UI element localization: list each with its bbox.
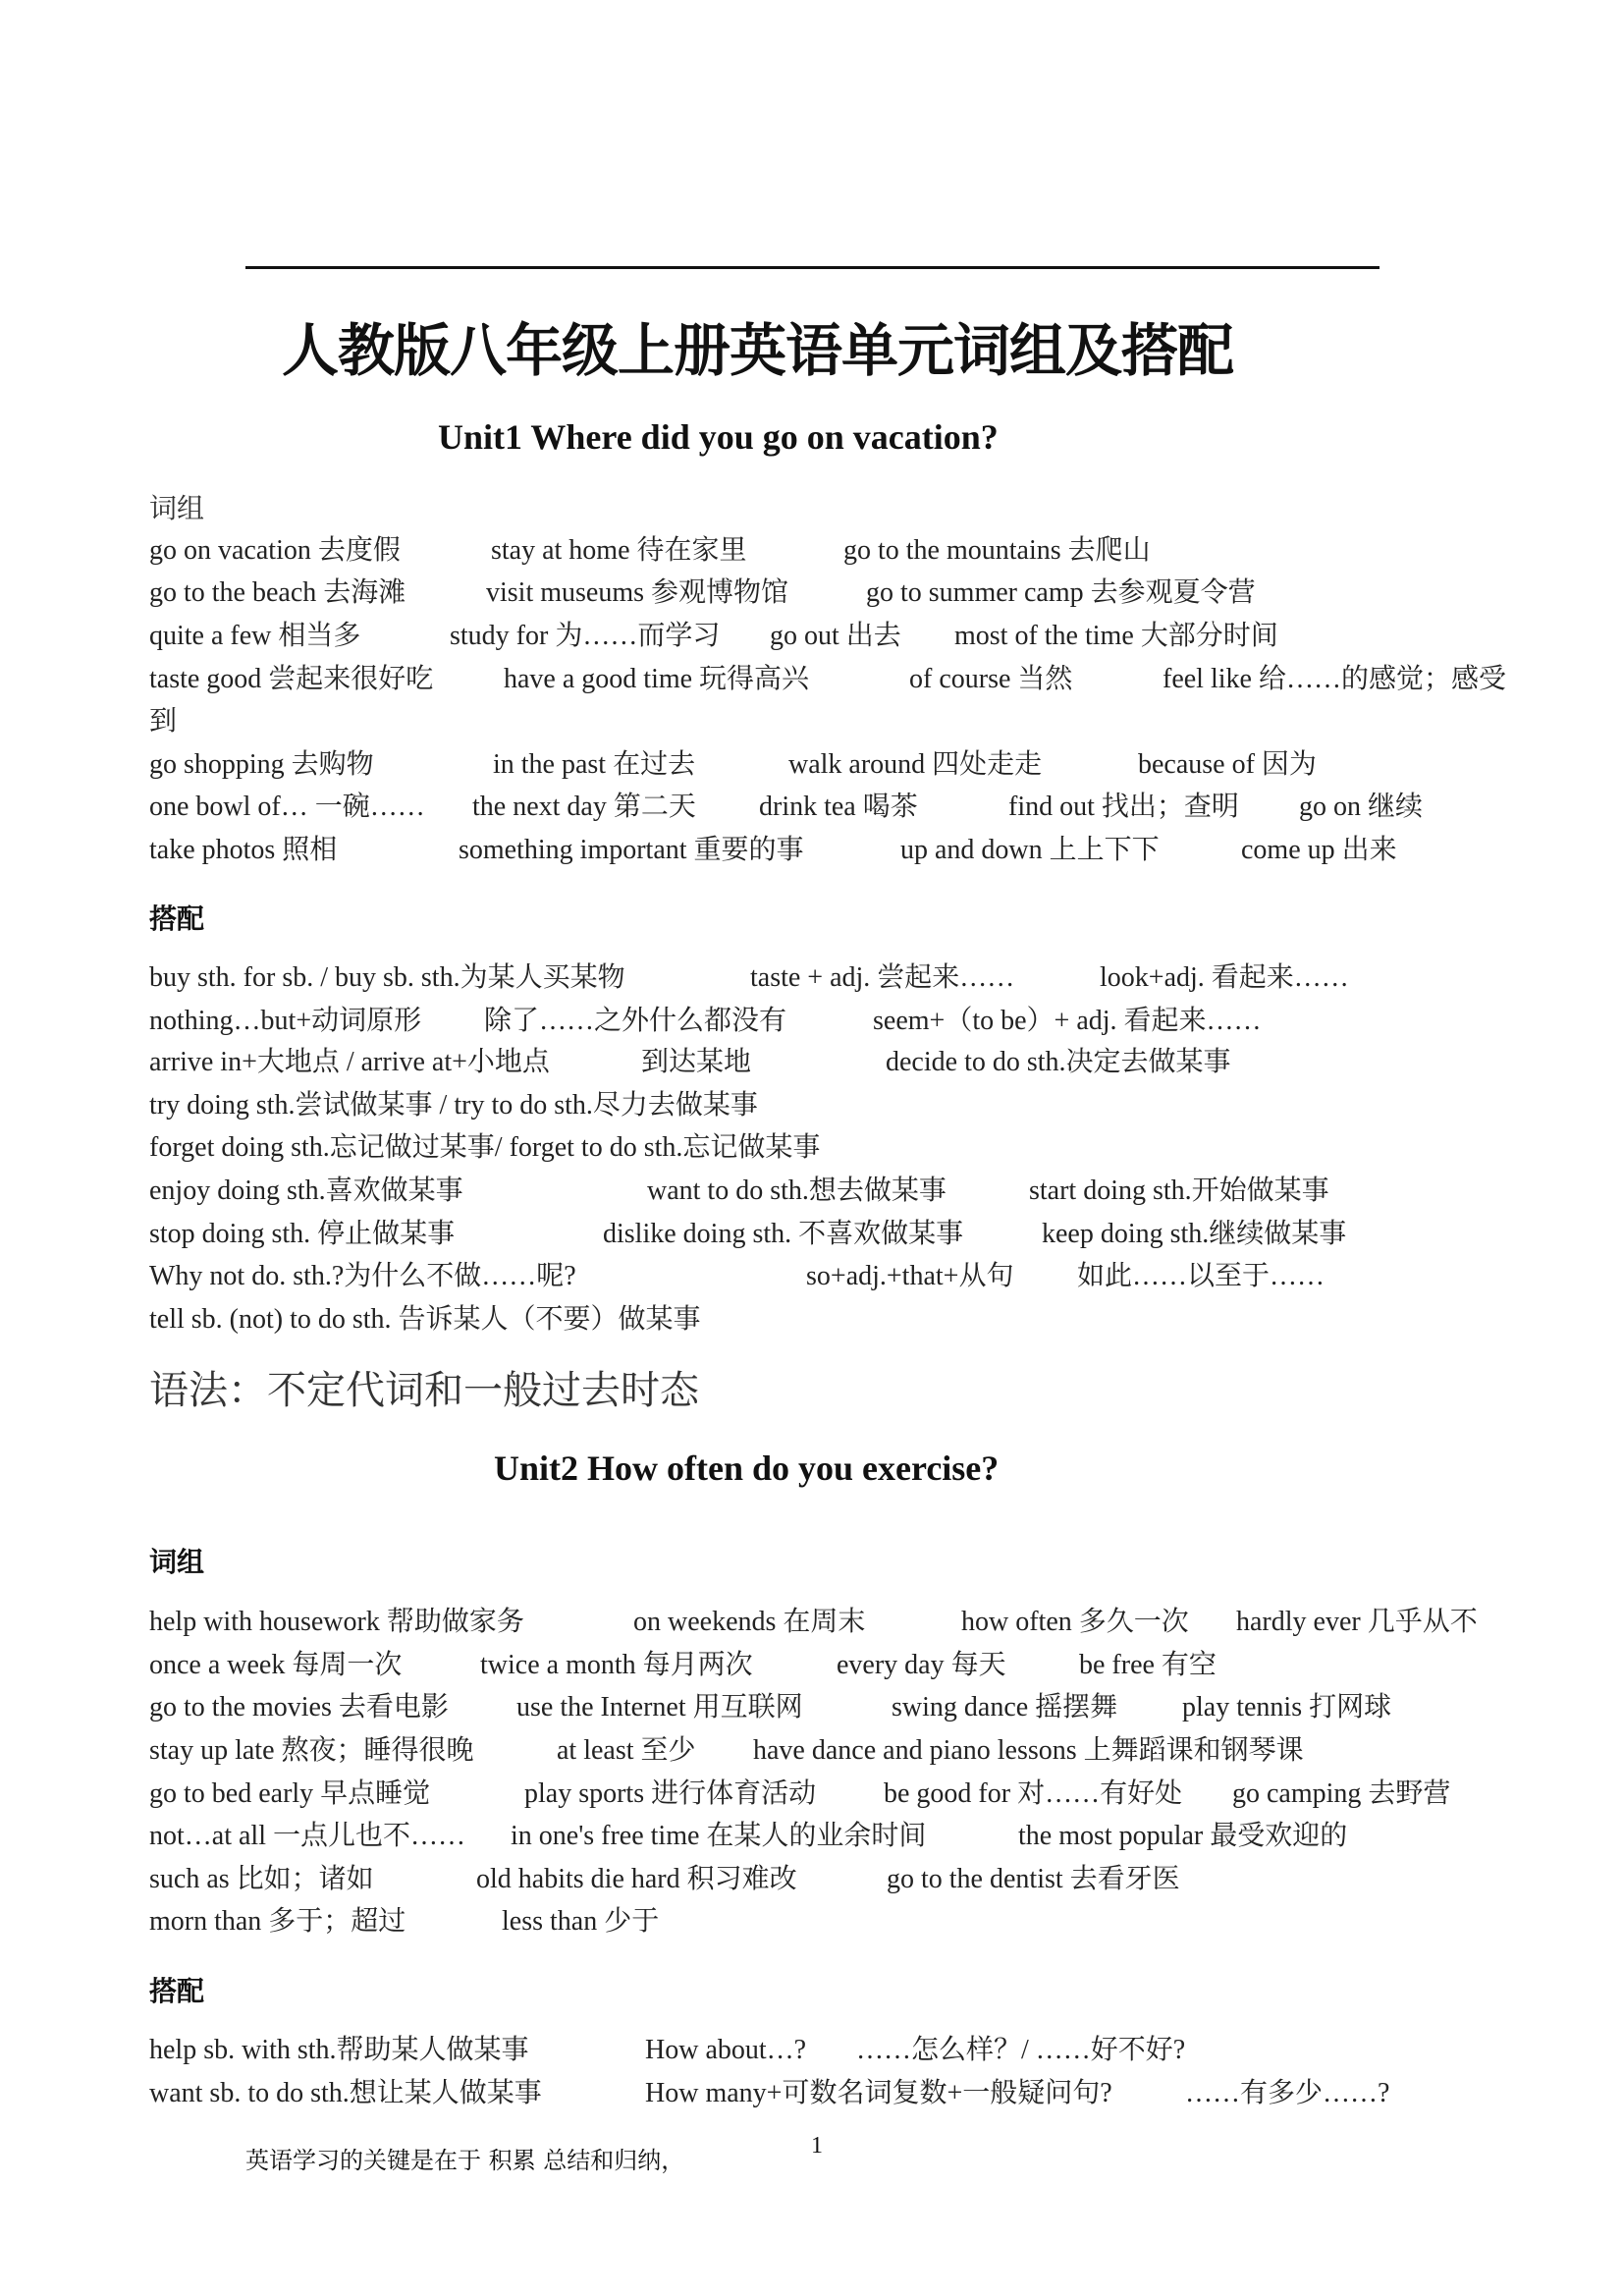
phrase-item: find out 找出；查明 [1008,788,1239,827]
unit1-phrase-row: quite a few 相当多 study for 为……而学习 go out … [0,617,1623,656]
unit1-phrase-row: taste good 尝起来很好吃 have a good time 玩得高兴 … [0,660,1623,699]
phrase-item: on weekends 在周末 [633,1603,865,1642]
unit2-phrase-row: stay up late 熬夜；睡得很晚 at least 至少 have da… [0,1731,1623,1771]
phrase-item: twice a month 每月两次 [480,1646,753,1685]
phrase-item: morn than 多于；超过 [149,1902,406,1941]
phrase-item: such as 比如；诸如 [149,1860,374,1899]
collocation-item: keep doing sth.继续做某事 [1042,1215,1346,1254]
phrase-item: help with housework 帮助做家务 [149,1603,524,1642]
phrase-item: walk around 四处走走 [788,745,1042,785]
phrase-item: once a week 每周一次 [149,1646,402,1685]
collocation-item: want to do sth.想去做某事 [647,1172,947,1211]
phrase-item: go to the dentist 去看牙医 [887,1860,1180,1899]
unit1-collocation-row: tell sb. (not) to do sth. 告诉某人（不要）做某事 [0,1300,1623,1339]
collocation-item: decide to do sth.决定去做某事 [886,1043,1231,1082]
phrase-item: in the past 在过去 [493,745,695,785]
phrase-item: study for 为……而学习 [450,617,720,656]
unit2-collocation-row: want sb. to do sth.想让某人做某事 How many+可数名词… [0,2074,1623,2113]
unit2-phrase-row: go to bed early 早点睡觉 play sports 进行体育活动 … [0,1775,1623,1814]
unit2-phrase-row: not…at all 一点儿也不…… in one's free time 在某… [0,1817,1623,1856]
collocation-item: forget doing sth.忘记做过某事/ forget to do st… [149,1128,820,1168]
phrase-item: go to summer camp 去参观夏令营 [866,574,1256,613]
phrase-item: go camping 去野营 [1232,1775,1450,1814]
unit2-phrase-row: help with housework 帮助做家务 on weekends 在周… [0,1603,1623,1642]
collocation-item: stop doing sth. 停止做某事 [149,1215,455,1254]
collocation-item: Why not do. sth.?为什么不做……呢? [149,1257,576,1296]
phrase-item: not…at all 一点儿也不…… [149,1817,465,1856]
collocation-item: 如此……以至于…… [1077,1257,1325,1296]
collocation-item: How many+可数名词复数+一般疑问句? [645,2074,1112,2113]
phrase-item: come up 出来 [1241,831,1397,870]
collocation-item: ……有多少……? [1185,2074,1389,2113]
collocation-item: buy sth. for sb. / buy sb. sth.为某人买某物 [149,958,625,998]
phrase-item: have dance and piano lessons 上舞蹈课和钢琴课 [753,1731,1304,1771]
page-number: 1 [811,2133,823,2159]
collocation-item: dislike doing sth. 不喜欢做某事 [603,1215,963,1254]
phrase-item: visit museums 参观博物馆 [486,574,788,613]
phrase-item: 到 [149,702,177,741]
collocation-item: taste + adj. 尝起来…… [750,958,1014,998]
phrase-item: less than 少于 [502,1902,659,1941]
phrase-item: every day 每天 [837,1646,1006,1685]
unit1-collocation-row: stop doing sth. 停止做某事 dislike doing sth.… [0,1215,1623,1254]
phrase-item: swing dance 摇摆舞 [892,1688,1117,1727]
collocation-item: start doing sth.开始做某事 [1029,1172,1329,1211]
unit2-phrase-row: morn than 多于；超过 less than 少于 [0,1902,1623,1941]
unit1-phrase-row: one bowl of… 一碗…… the next day 第二天 drink… [0,788,1623,827]
unit2-collocations-label: 搭配 [149,1970,204,2009]
unit1-collocation-row: nothing…but+动词原形 除了……之外什么都没有 seem+（to be… [0,1002,1623,1041]
unit1-heading: Unit1 Where did you go on vacation? [438,416,999,458]
phrase-item: quite a few 相当多 [149,617,360,656]
phrase-item: go to the movies 去看电影 [149,1688,449,1727]
phrase-item: at least 至少 [557,1731,696,1771]
collocation-item: seem+（to be）+ adj. 看起来…… [873,1002,1262,1041]
phrase-item: play tennis 打网球 [1182,1688,1391,1727]
collocation-item: ……怎么样？/ ……好不好? [856,2031,1185,2070]
unit2-heading: Unit2 How often do you exercise? [494,1448,999,1489]
unit1-collocation-row: try doing sth.尝试做某事 / try to do sth.尽力去做… [0,1086,1623,1125]
phrase-item: old habits die hard 积习难改 [476,1860,797,1899]
phrase-item: go out 出去 [770,617,901,656]
footer-note: 英语学习的关键是在于 积累 总结和归纳， [245,2141,684,2175]
phrase-item: the next day 第二天 [472,788,696,827]
unit2-phrases-label: 词组 [149,1541,204,1580]
phrase-item: take photos 照相 [149,831,337,870]
collocation-item: nothing…but+动词原形 [149,1002,421,1041]
unit1-phrases-label: 词组 [149,487,204,526]
phrase-item: go on vacation 去度假 [149,531,401,571]
phrase-item: use the Internet 用互联网 [516,1688,803,1727]
collocation-item: help sb. with sth.帮助某人做某事 [149,2031,529,2070]
unit1-grammar: 语法：不定代词和一般过去时态 [149,1359,699,1415]
phrase-item: go shopping 去购物 [149,745,374,785]
unit1-phrase-row: go on vacation 去度假 stay at home 待在家里 go … [0,531,1623,571]
phrase-item: of course 当然 [909,660,1072,699]
phrase-item: up and down 上上下下 [900,831,1160,870]
phrase-item: taste good 尝起来很好吃 [149,660,433,699]
collocation-item: try doing sth.尝试做某事 / try to do sth.尽力去做… [149,1086,758,1125]
phrase-item: go on 继续 [1299,788,1423,827]
phrase-item: stay up late 熬夜；睡得很晚 [149,1731,474,1771]
unit1-phrase-row: 到 [0,702,1623,741]
unit1-collocation-row: Why not do. sth.?为什么不做……呢? so+adj.+that+… [0,1257,1623,1296]
unit2-collocation-row: help sb. with sth.帮助某人做某事 How about…? ……… [0,2031,1623,2070]
unit2-phrase-row: go to the movies 去看电影 use the Internet 用… [0,1688,1623,1727]
unit2-phrase-row: such as 比如；诸如 old habits die hard 积习难改 g… [0,1860,1623,1899]
phrase-item: have a good time 玩得高兴 [504,660,809,699]
phrase-item: go to bed early 早点睡觉 [149,1775,430,1814]
collocation-item: look+adj. 看起来…… [1100,958,1349,998]
collocation-item: tell sb. (not) to do sth. 告诉某人（不要）做某事 [149,1300,701,1339]
collocation-item: arrive in+大地点 / arrive at+小地点 [149,1043,550,1082]
phrase-item: feel like 给……的感觉；感受 [1163,660,1506,699]
unit1-collocation-row: arrive in+大地点 / arrive at+小地点 到达某地 decid… [0,1043,1623,1082]
collocation-item: 除了……之外什么都没有 [484,1002,786,1041]
unit1-collocation-row: forget doing sth.忘记做过某事/ forget to do st… [0,1128,1623,1168]
phrase-item: be good for 对……有好处 [884,1775,1182,1814]
unit1-phrase-row: go to the beach 去海滩 visit museums 参观博物馆 … [0,574,1623,613]
header-rule [245,266,1380,269]
unit2-phrase-row: once a week 每周一次 twice a month 每月两次 ever… [0,1646,1623,1685]
phrase-item: in one's free time 在某人的业余时间 [511,1817,926,1856]
unit1-collocations-label: 搭配 [149,898,204,937]
unit1-phrase-row: go shopping 去购物 in the past 在过去 walk aro… [0,745,1623,785]
phrase-item: drink tea 喝茶 [759,788,918,827]
phrase-item: stay at home 待在家里 [491,531,747,571]
collocation-item: want sb. to do sth.想让某人做某事 [149,2074,542,2113]
collocation-item: enjoy doing sth.喜欢做某事 [149,1172,463,1211]
document-title: 人教版八年级上册英语单元词组及搭配 [0,304,1569,387]
phrase-item: go to the mountains 去爬山 [843,531,1151,571]
phrase-item: the most popular 最受欢迎的 [1018,1817,1347,1856]
collocation-item: so+adj.+that+从句 [806,1257,1013,1296]
phrase-item: be free 有空 [1079,1646,1217,1685]
unit1-collocation-row: buy sth. for sb. / buy sb. sth.为某人买某物 ta… [0,958,1623,998]
phrase-item: how often 多久一次 [961,1603,1189,1642]
unit1-phrase-row: take photos 照相 something important 重要的事 … [0,831,1623,870]
phrase-item: because of 因为 [1138,745,1317,785]
phrase-item: most of the time 大部分时间 [954,617,1278,656]
phrase-item: go to the beach 去海滩 [149,574,406,613]
unit1-collocation-row: enjoy doing sth.喜欢做某事 want to do sth.想去做… [0,1172,1623,1211]
phrase-item: one bowl of… 一碗…… [149,788,425,827]
phrase-item: play sports 进行体育活动 [524,1775,816,1814]
collocation-item: 到达某地 [641,1043,751,1082]
phrase-item: hardly ever 几乎从不 [1236,1603,1478,1642]
phrase-item: something important 重要的事 [459,831,804,870]
collocation-item: How about…? [645,2031,806,2070]
